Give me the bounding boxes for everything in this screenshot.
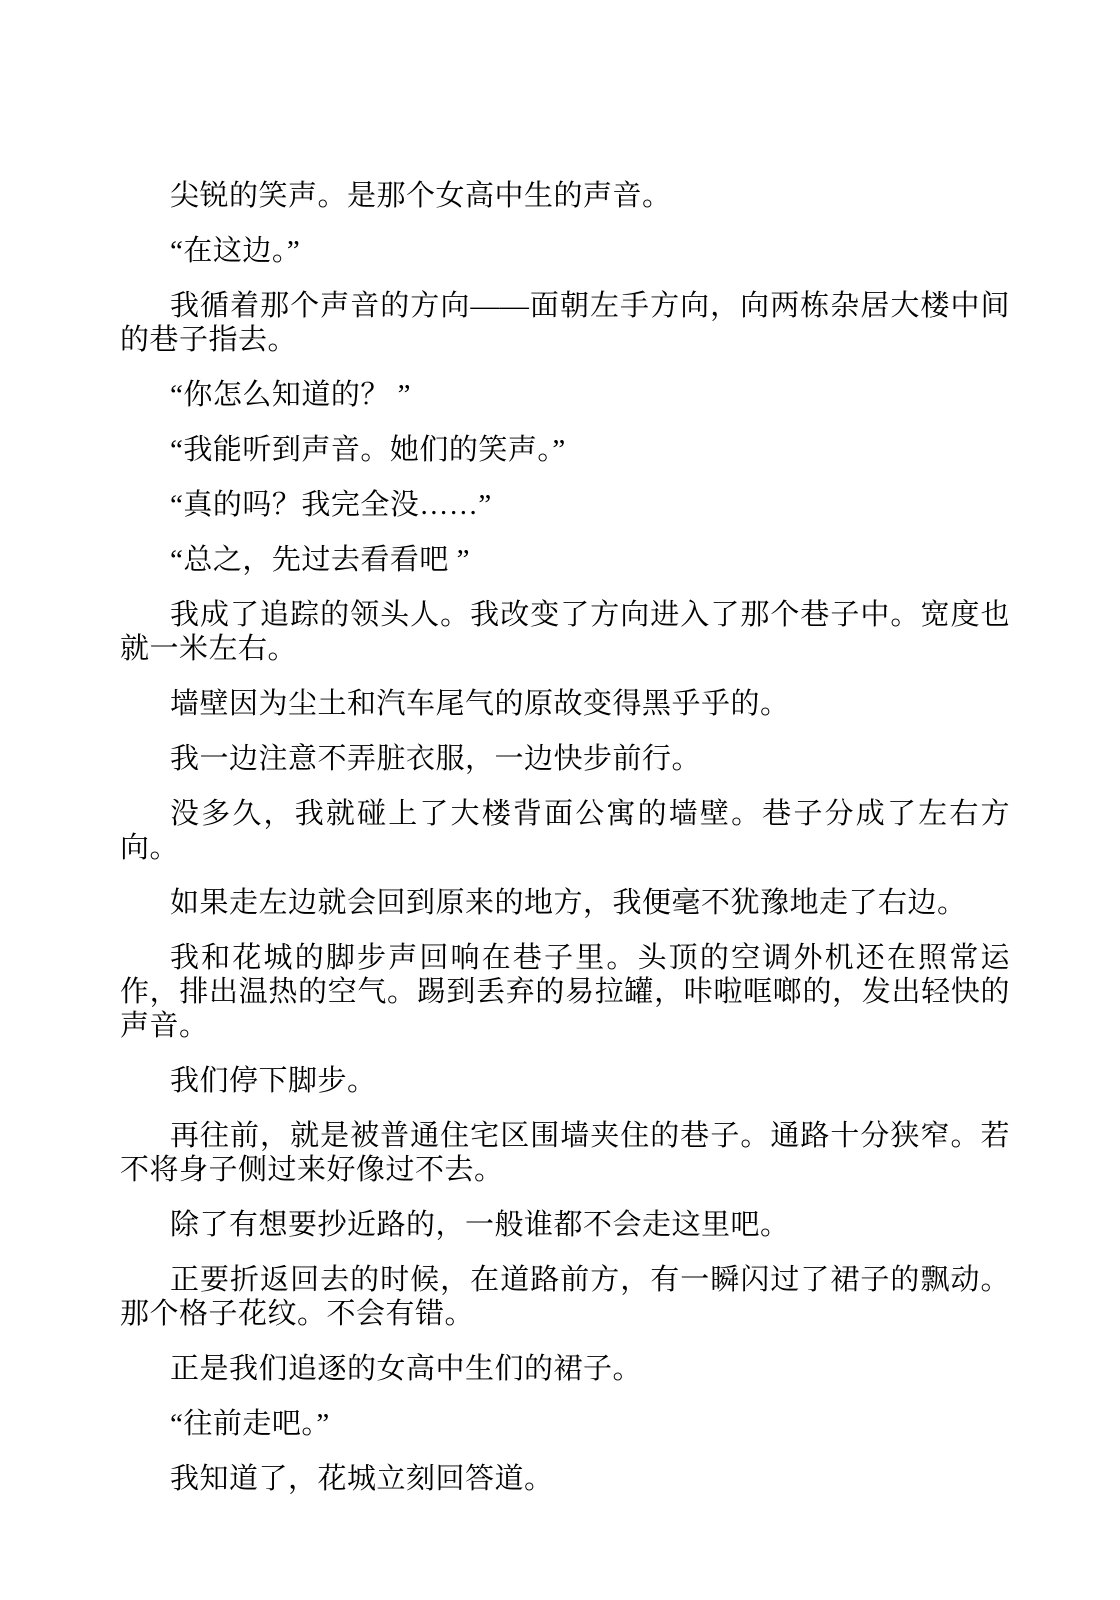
paragraph: 我知道了，花城立刻回答道。: [120, 1462, 1010, 1496]
document-page: 尖锐的笑声。是那个女高中生的声音。 “在这边。” 我循着那个声音的方向——面朝左…: [0, 0, 1120, 1600]
paragraph: 我们停下脚步。: [120, 1064, 1010, 1098]
paragraph: 没多久，我就碰上了大楼背面公寓的墙壁。巷子分成了左右方向。: [120, 797, 1010, 865]
paragraph: “往前走吧。”: [120, 1407, 1010, 1441]
paragraph: “在这边。”: [120, 234, 1010, 268]
paragraph: 除了有想要抄近路的，一般谁都不会走这里吧。: [120, 1208, 1010, 1242]
paragraph: 再往前，就是被普通住宅区围墙夹住的巷子。通路十分狭窄。若不将身子侧过来好像过不去…: [120, 1119, 1010, 1187]
paragraph: 我一边注意不弄脏衣服，一边快步前行。: [120, 742, 1010, 776]
paragraph: “你怎么知道的？ ”: [120, 378, 1010, 412]
paragraph: “我能听到声音。她们的笑声。”: [120, 433, 1010, 467]
paragraph: 尖锐的笑声。是那个女高中生的声音。: [120, 179, 1010, 213]
page-content: 尖锐的笑声。是那个女高中生的声音。 “在这边。” 我循着那个声音的方向——面朝左…: [120, 179, 1010, 1517]
paragraph: 正要折返回去的时候，在道路前方，有一瞬闪过了裙子的飘动。那个格子花纹。不会有错。: [120, 1263, 1010, 1331]
paragraph: 我和花城的脚步声回响在巷子里。头顶的空调外机还在照常运作，排出温热的空气。踢到丢…: [120, 941, 1010, 1043]
paragraph: 墙壁因为尘土和汽车尾气的原故变得黑乎乎的。: [120, 687, 1010, 721]
paragraph: 我循着那个声音的方向——面朝左手方向，向两栋杂居大楼中间的巷子指去。: [120, 289, 1010, 357]
paragraph: 我成了追踪的领头人。我改变了方向进入了那个巷子中。宽度也就一米左右。: [120, 598, 1010, 666]
paragraph: 如果走左边就会回到原来的地方，我便毫不犹豫地走了右边。: [120, 886, 1010, 920]
paragraph: 正是我们追逐的女高中生们的裙子。: [120, 1352, 1010, 1386]
paragraph: “真的吗？我完全没……”: [120, 488, 1010, 522]
paragraph: “总之，先过去看看吧 ”: [120, 543, 1010, 577]
